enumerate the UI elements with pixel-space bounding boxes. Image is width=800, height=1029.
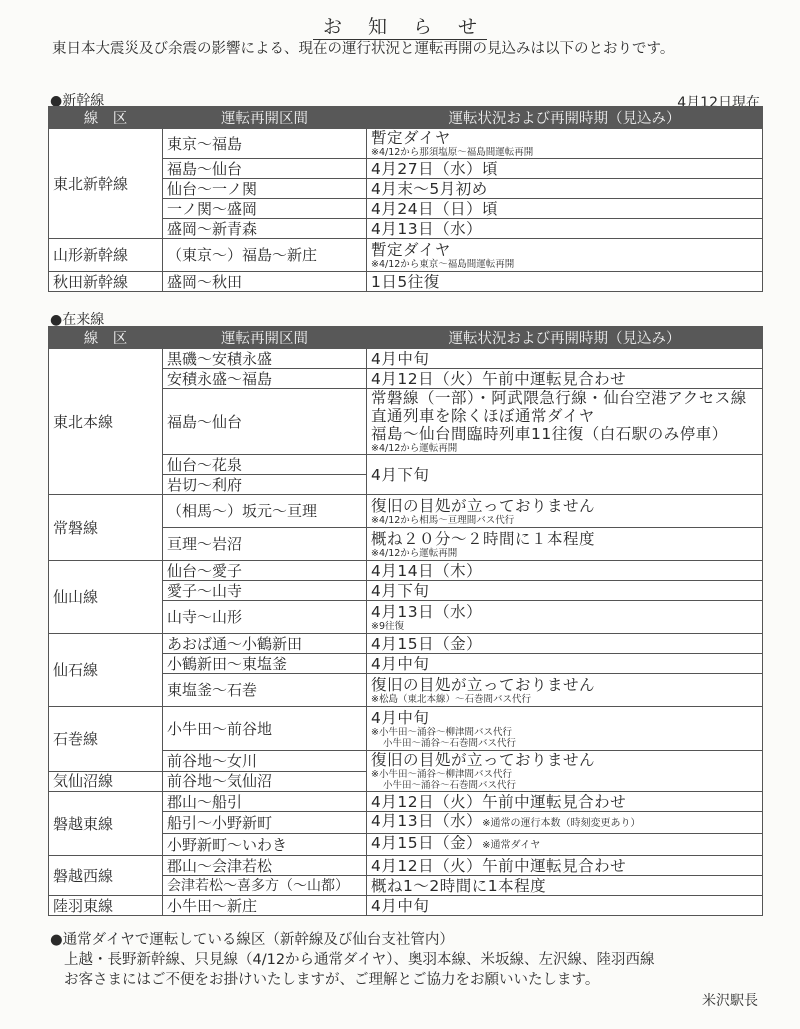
status-main: 常磐線（一部）・阿武隈急行線・仙台空港アクセス線直通列車を除くほぼ通常ダイヤ (371, 389, 758, 425)
status: 4月15日（金） (367, 634, 763, 654)
status-main: 4月15日（金） (371, 834, 482, 852)
col-status: 運転状況および再開時期（見込み） (367, 327, 763, 349)
section: 安積永盛～福島 (163, 369, 367, 389)
status-main: 4月12日（火）午前中運転見合わせ (371, 857, 626, 875)
status-note: ※小牛田～涌谷～柳津間バス代行 (371, 769, 758, 780)
table-row: 陸羽東線 小牛田～新庄 4月中旬 (49, 896, 763, 916)
status: 4月13日（水）※通常の運行本数（時刻変更あり） (367, 812, 763, 834)
shinkansen-table: 線 区 運転再開区間 運転状況および再開時期（見込み） 東北新幹線 東京～福島 … (48, 106, 763, 292)
status-main: 1日5往復 (371, 273, 440, 291)
status: 復旧の目処が立っておりません※4/12から相馬～亘理間バス代行 (367, 495, 763, 528)
col-status: 運転状況および再開時期（見込み） (367, 107, 763, 129)
status-main: 4月24日（日）頃 (371, 200, 498, 218)
status-main: 4月15日（金） (371, 635, 482, 653)
status-note: ※松島（東北本線）～石巻間バス代行 (371, 694, 758, 705)
status: 復旧の目処が立っておりません※小牛田～涌谷～柳津間バス代行小牛田～涌谷～石巻間バ… (367, 751, 763, 792)
section: 会津若松～喜多方（～山都） (163, 876, 367, 896)
section: 郡山～船引 (163, 792, 367, 812)
section: 亘理～岩沼 (163, 528, 367, 561)
table-row: 秋田新幹線 盛岡～秋田 1日5往復 (49, 272, 763, 292)
status-note: ※4/12から東京～福島間運転再開 (371, 259, 758, 270)
section: 小牛田～新庄 (163, 896, 367, 916)
section: 小鶴新田～東塩釜 (163, 654, 367, 674)
status: 暫定ダイヤ※4/12から那須塩原～福島間運転再開 (367, 129, 763, 159)
section: 東塩釜～石巻 (163, 674, 367, 707)
section: 郡山～会津若松 (163, 856, 367, 876)
table-row: 山形新幹線 （東京～）福島～新庄 暫定ダイヤ※4/12から東京～福島間運転再開 (49, 239, 763, 272)
status-main: 4月末～5月初め (371, 180, 488, 198)
section: （相馬～）坂元～亘理 (163, 495, 367, 528)
status: 4月中旬 (367, 654, 763, 674)
section: 岩切～利府 (163, 475, 367, 495)
section: 愛子～山寺 (163, 581, 367, 601)
status-note: ※通常ダイヤ (482, 840, 540, 851)
status-main: 4月27日（水）頃 (371, 160, 498, 178)
signature: 米沢駅長 (702, 990, 758, 1010)
table-row: 東北新幹線 東京～福島 暫定ダイヤ※4/12から那須塩原～福島間運転再開 (49, 129, 763, 159)
status-main: 概ね２０分～２時間に１本程度 (371, 530, 595, 548)
status: 4月13日（水） (367, 219, 763, 239)
section: 前谷地～気仙沼 (163, 771, 367, 792)
status-main: 4月下旬 (371, 582, 429, 600)
status: 4月中旬 (367, 349, 763, 369)
status-main: 4月13日（水） (371, 812, 482, 830)
status: 4月13日（水）※9往復 (367, 601, 763, 634)
line-name: 東北本線 (49, 349, 163, 495)
notice-title: お 知 ら せ (0, 12, 800, 39)
line-name: 仙石線 (49, 634, 163, 707)
status: 暫定ダイヤ※4/12から東京～福島間運転再開 (367, 239, 763, 272)
col-section: 運転再開区間 (163, 107, 367, 129)
line-name: 石巻線 (49, 707, 163, 772)
status-main: 4月中旬 (371, 655, 429, 673)
section: 前谷地～女川 (163, 751, 367, 772)
table-row: 常磐線 （相馬～）坂元～亘理 復旧の目処が立っておりません※4/12から相馬～亘… (49, 495, 763, 528)
status: 4月下旬 (367, 455, 763, 495)
line-name: 仙山線 (49, 561, 163, 634)
line-name: 陸羽東線 (49, 896, 163, 916)
status-note: ※9往復 (371, 621, 758, 632)
status: 4月12日（火）午前中運転見合わせ (367, 792, 763, 812)
section: 福島～仙台 (163, 389, 367, 455)
status: 4月12日（火）午前中運転見合わせ (367, 369, 763, 389)
status: 4月15日（金）※通常ダイヤ (367, 834, 763, 856)
status-note: ※4/12から相馬～亘理間バス代行 (371, 515, 758, 526)
section: 盛岡～新青森 (163, 219, 367, 239)
line-name: 気仙沼線 (49, 771, 163, 792)
status: 常磐線（一部）・阿武隈急行線・仙台空港アクセス線直通列車を除くほぼ通常ダイヤ福島… (367, 389, 763, 455)
section: 小牛田～前谷地 (163, 707, 367, 751)
table-row: 石巻線 小牛田～前谷地 4月中旬※小牛田～涌谷～柳津間バス代行小牛田～涌谷～石巻… (49, 707, 763, 751)
section: 船引～小野新町 (163, 812, 367, 834)
notice-title-text: お 知 ら せ (313, 16, 487, 40)
section: 福島～仙台 (163, 159, 367, 179)
col-line: 線 区 (49, 327, 163, 349)
footer-notes: ●通常ダイヤで運転している線区（新幹線及び仙台支社管内） 上越・長野新幹線、只見… (50, 930, 770, 990)
status-main: 4月12日（火）午前中運転見合わせ (371, 370, 626, 388)
line-name: 常磐線 (49, 495, 163, 561)
status-note: ※4/12から那須塩原～福島間運転再開 (371, 147, 758, 158)
status-main: 4月12日（火）午前中運転見合わせ (371, 793, 626, 811)
section: 盛岡～秋田 (163, 272, 367, 292)
section: 東京～福島 (163, 129, 367, 159)
table-row: 仙石線 あおば通～小鶴新田 4月15日（金） (49, 634, 763, 654)
status: 4月末～5月初め (367, 179, 763, 199)
status-main: 4月13日（水） (371, 603, 482, 621)
status: 4月14日（木） (367, 561, 763, 581)
status: 1日5往復 (367, 272, 763, 292)
status-main: 復旧の目処が立っておりません (371, 497, 595, 515)
table-row: 磐越東線 郡山～船引 4月12日（火）午前中運転見合わせ (49, 792, 763, 812)
line-name: 山形新幹線 (49, 239, 163, 272)
status: 4月中旬※小牛田～涌谷～柳津間バス代行小牛田～涌谷～石巻間バス代行 (367, 707, 763, 751)
footer-heading: ●通常ダイヤで運転している線区（新幹線及び仙台支社管内） (50, 932, 454, 948)
status-main: 復旧の目処が立っておりません (371, 751, 595, 769)
table-row: 磐越西線 郡山～会津若松 4月12日（火）午前中運転見合わせ (49, 856, 763, 876)
status-main: 4月13日（水） (371, 220, 482, 238)
status-main: 概ね1～2時間に1本程度 (371, 877, 546, 895)
status-main: 4月14日（木） (371, 562, 482, 580)
apology-text: お客さまにはご不便をお掛けいたしますが、ご理解とご協力をお願いいたします。 (50, 970, 770, 990)
status-note: 小牛田～涌谷～石巻間バス代行 (371, 780, 758, 791)
section: あおば通～小鶴新田 (163, 634, 367, 654)
section: 小野新町～いわき (163, 834, 367, 856)
line-name: 磐越西線 (49, 856, 163, 896)
status: 概ね２０分～２時間に１本程度※4/12から運転再開 (367, 528, 763, 561)
table-header: 線 区 運転再開区間 運転状況および再開時期（見込み） (49, 327, 763, 349)
table-header: 線 区 運転再開区間 運転状況および再開時期（見込み） (49, 107, 763, 129)
status: 4月中旬 (367, 896, 763, 916)
status-extra: 福島～仙台間臨時列車11往復（白石駅のみ停車） (371, 425, 758, 443)
status-note: ※小牛田～涌谷～柳津間バス代行 (371, 727, 758, 738)
status-main: 4月中旬 (371, 897, 429, 915)
intro-text: 東日本大震災及び余震の影響による、現在の運行状況と運転再開の見込みは以下のとおり… (52, 40, 762, 59)
status-main: 4月中旬 (371, 350, 429, 368)
section: 仙台～花泉 (163, 455, 367, 475)
section: 黒磯～安積永盛 (163, 349, 367, 369)
section: 仙台～一ノ関 (163, 179, 367, 199)
status: 復旧の目処が立っておりません※松島（東北本線）～石巻間バス代行 (367, 674, 763, 707)
section: （東京～）福島～新庄 (163, 239, 367, 272)
status: 4月下旬 (367, 581, 763, 601)
col-section: 運転再開区間 (163, 327, 367, 349)
line-name: 磐越東線 (49, 792, 163, 856)
status-note: ※4/12から運転再開 (371, 443, 758, 454)
table-row: 東北本線 黒磯～安積永盛 4月中旬 (49, 349, 763, 369)
status: 概ね1～2時間に1本程度 (367, 876, 763, 896)
status-main: 復旧の目処が立っておりません (371, 676, 595, 694)
status: 4月27日（水）頃 (367, 159, 763, 179)
status-note: ※4/12から運転再開 (371, 548, 758, 559)
status-main: 暫定ダイヤ (371, 241, 451, 259)
status: 4月24日（日）頃 (367, 199, 763, 219)
normal-lines: 上越・長野新幹線、只見線（4/12から通常ダイヤ）、奥羽本線、米坂線、左沢線、陸… (50, 950, 770, 970)
status-main: 暫定ダイヤ (371, 129, 451, 147)
table-row: 仙山線 仙台～愛子 4月14日（木） (49, 561, 763, 581)
line-name: 秋田新幹線 (49, 272, 163, 292)
col-line: 線 区 (49, 107, 163, 129)
status-note: 小牛田～涌谷～石巻間バス代行 (371, 738, 758, 749)
status-main: 4月中旬 (371, 709, 429, 727)
status-main: 4月下旬 (371, 466, 429, 484)
section: 山寺～山形 (163, 601, 367, 634)
line-name: 東北新幹線 (49, 129, 163, 239)
status-note: ※通常の運行本数（時刻変更あり） (482, 818, 640, 829)
conventional-table: 線 区 運転再開区間 運転状況および再開時期（見込み） 東北本線 黒磯～安積永盛… (48, 326, 763, 916)
section: 仙台～愛子 (163, 561, 367, 581)
status: 4月12日（火）午前中運転見合わせ (367, 856, 763, 876)
section: 一ノ関～盛岡 (163, 199, 367, 219)
